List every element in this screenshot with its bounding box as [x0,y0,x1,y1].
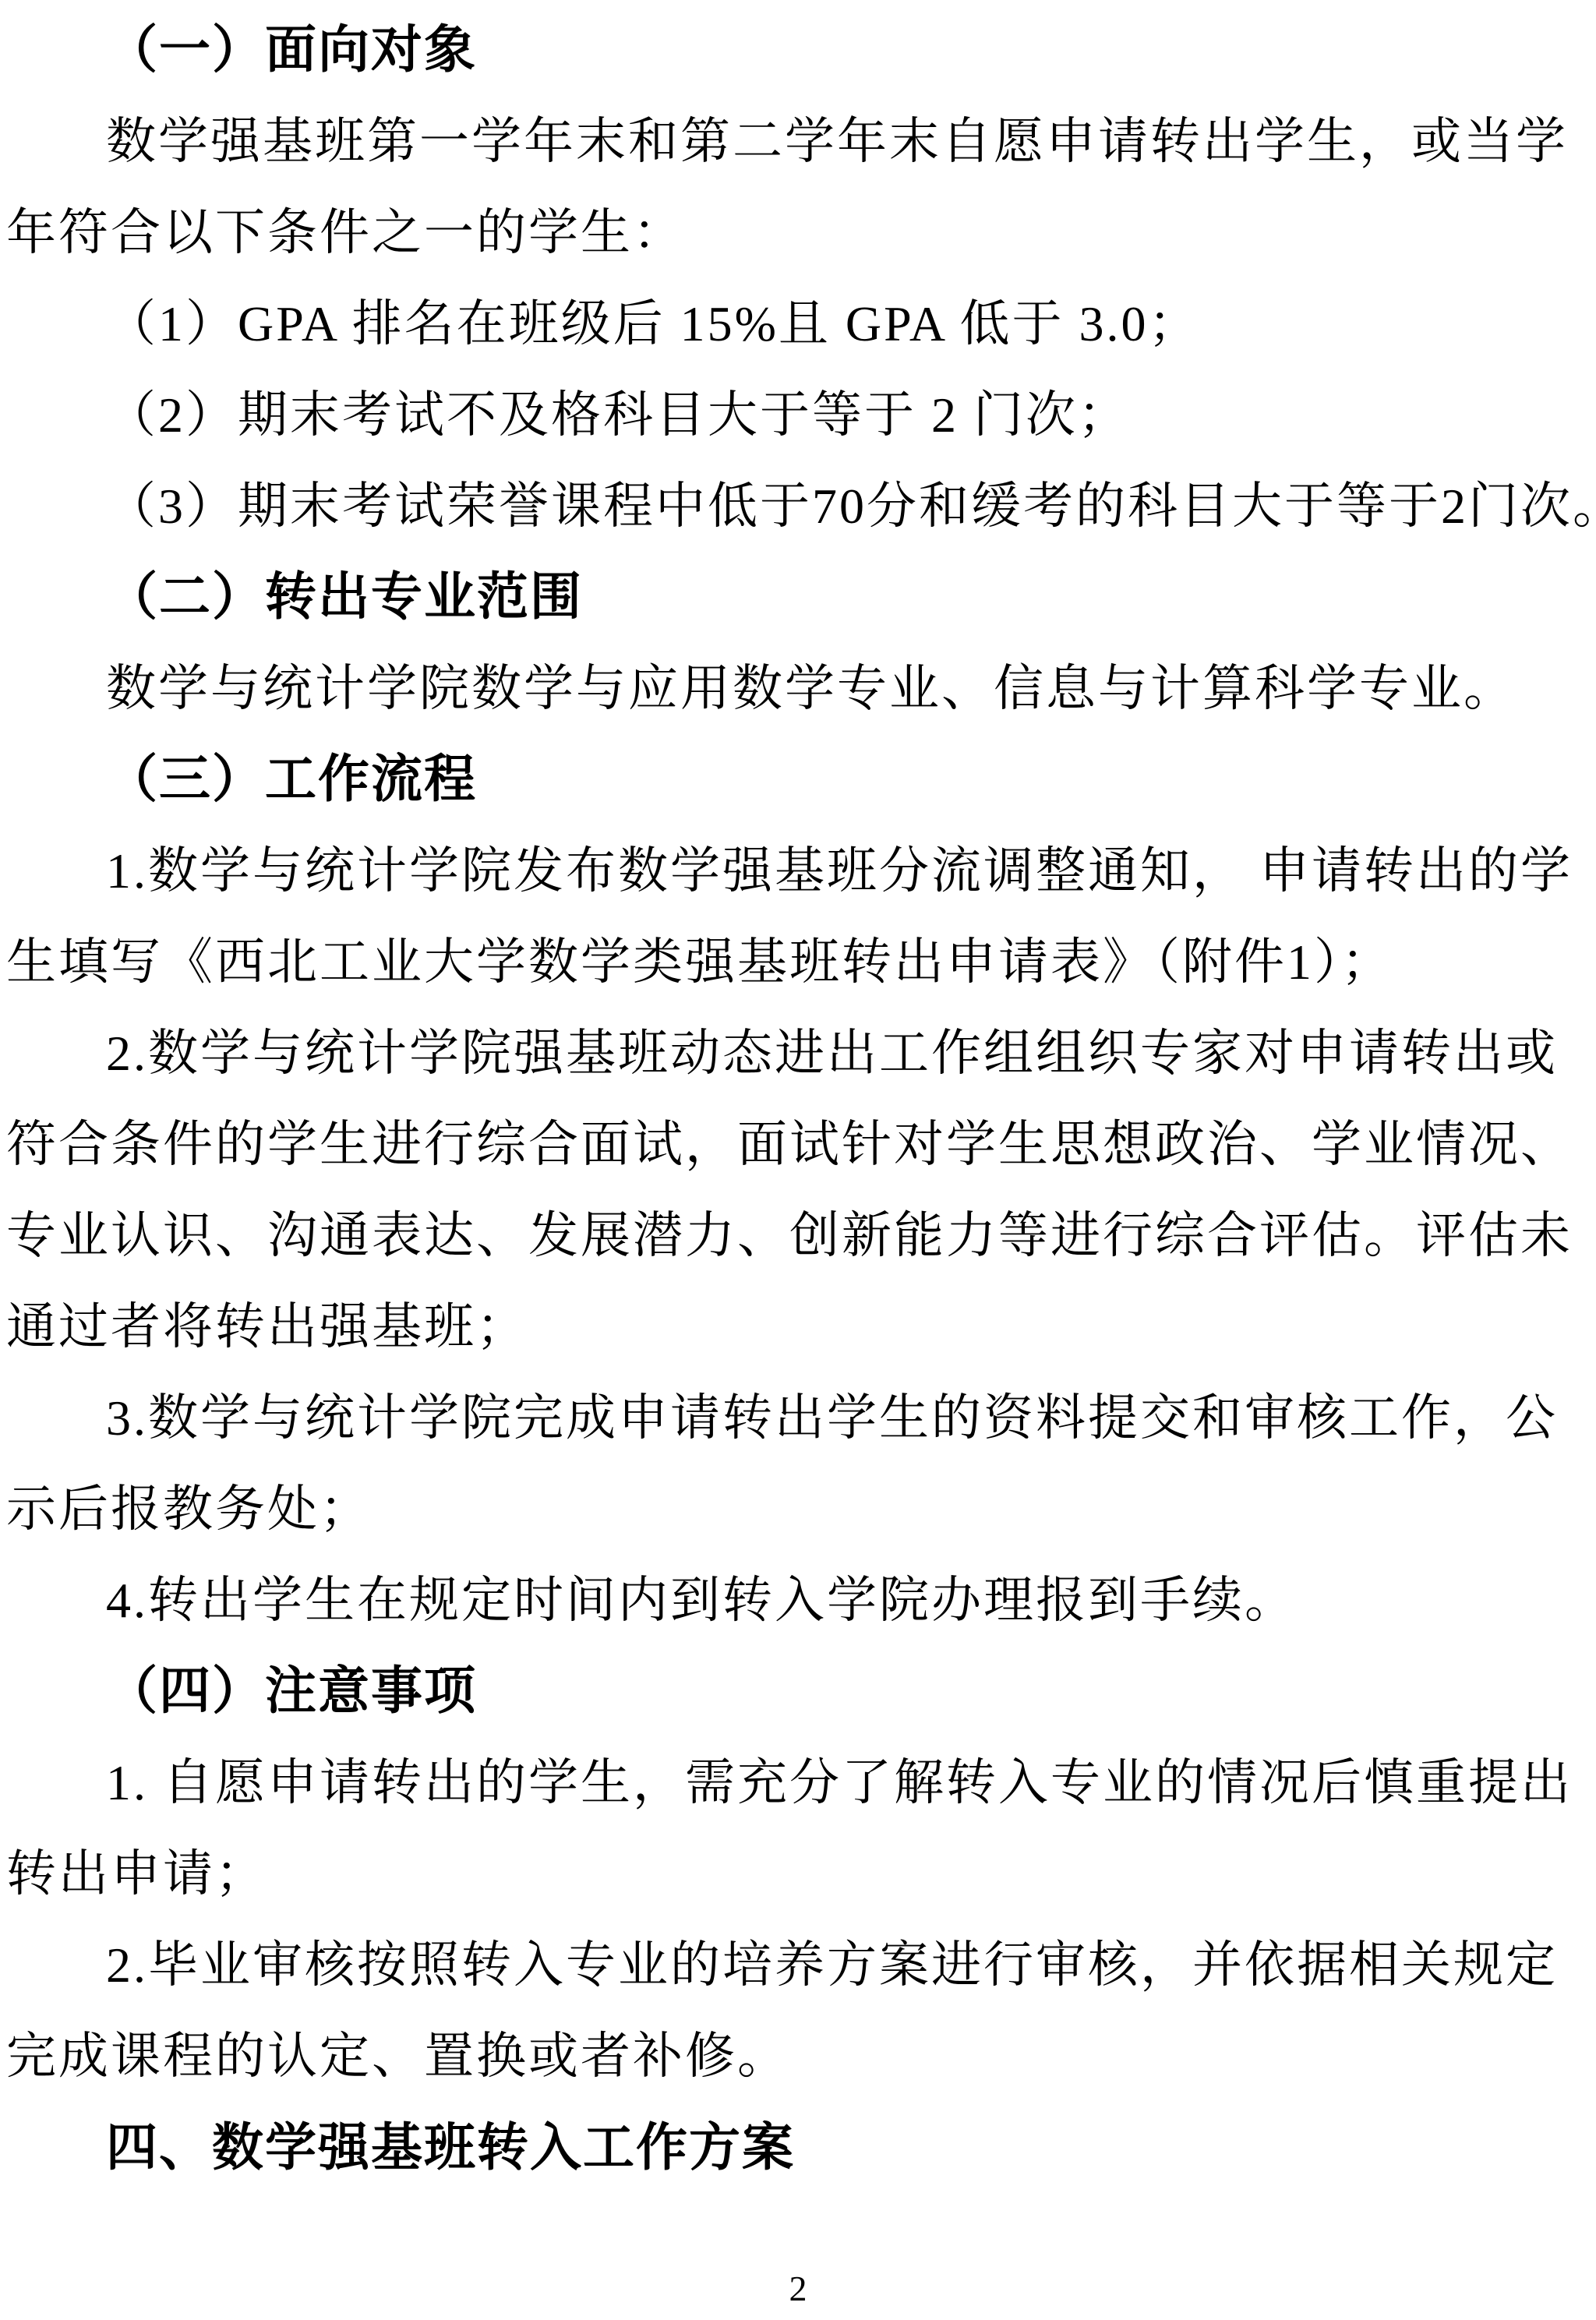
paragraph-line: 示后报教务处； [6,1464,1590,1555]
section-heading: （一）面向对象 [6,5,1590,96]
paragraph-line: 2.数学与统计学院强基班动态进出工作组组织专家对申请转出或 [6,1008,1590,1099]
paragraph-line: 专业认识、沟通表达、发展潜力、创新能力等进行综合评估。评估未 [6,1190,1590,1281]
section-heading: （二）转出专业范围 [6,552,1590,643]
paragraph-line: 生填写《西北工业大学数学类强基班转出申请表》（附件1）； [6,916,1590,1008]
paragraph-line: 3.数学与统计学院完成申请转出学生的资料提交和审核工作，公 [6,1372,1590,1464]
paragraph-line: 完成课程的认定、置换或者补修。 [6,2011,1590,2102]
paragraph-line: 2.毕业审核按照转入专业的培养方案进行审核，并依据相关规定 [6,1919,1590,2011]
paragraph-line: 数学强基班第一学年末和第二学年末自愿申请转出学生，或当学 [6,96,1590,187]
section-heading: （四）注意事项 [6,1646,1590,1737]
paragraph-line: （1）GPA 排名在班级后 15%且 GPA 低于 3.0； [6,278,1590,369]
paragraph-line: 年符合以下条件之一的学生： [6,187,1590,278]
document-page: （一）面向对象数学强基班第一学年末和第二学年末自愿申请转出学生，或当学年符合以下… [0,0,1596,2320]
paragraph-line: 1.数学与统计学院发布数学强基班分流调整通知， 申请转出的学 [6,825,1590,916]
paragraph-line: （2）期末考试不及格科目大于等于 2 门次； [6,369,1590,461]
page-number: 2 [0,2268,1596,2309]
paragraph-line: 通过者将转出强基班； [6,1281,1590,1372]
section-heading: （三）工作流程 [6,734,1590,825]
chapter-heading: 四、数学强基班转入工作方案 [6,2102,1590,2193]
paragraph-line: 4.转出学生在规定时间内到转入学院办理报到手续。 [6,1555,1590,1646]
document-body: （一）面向对象数学强基班第一学年末和第二学年末自愿申请转出学生，或当学年符合以下… [6,5,1590,2193]
paragraph-line: （3）期末考试荣誉课程中低于70分和缓考的科目大于等于2门次。 [6,461,1590,552]
paragraph-line: 符合条件的学生进行综合面试，面试针对学生思想政治、学业情况、 [6,1099,1590,1190]
paragraph-line: 数学与统计学院数学与应用数学专业、信息与计算科学专业。 [6,643,1590,734]
paragraph-line: 1. 自愿申请转出的学生，需充分了解转入专业的情况后慎重提出 [6,1737,1590,1828]
paragraph-line: 转出申请； [6,1828,1590,1919]
